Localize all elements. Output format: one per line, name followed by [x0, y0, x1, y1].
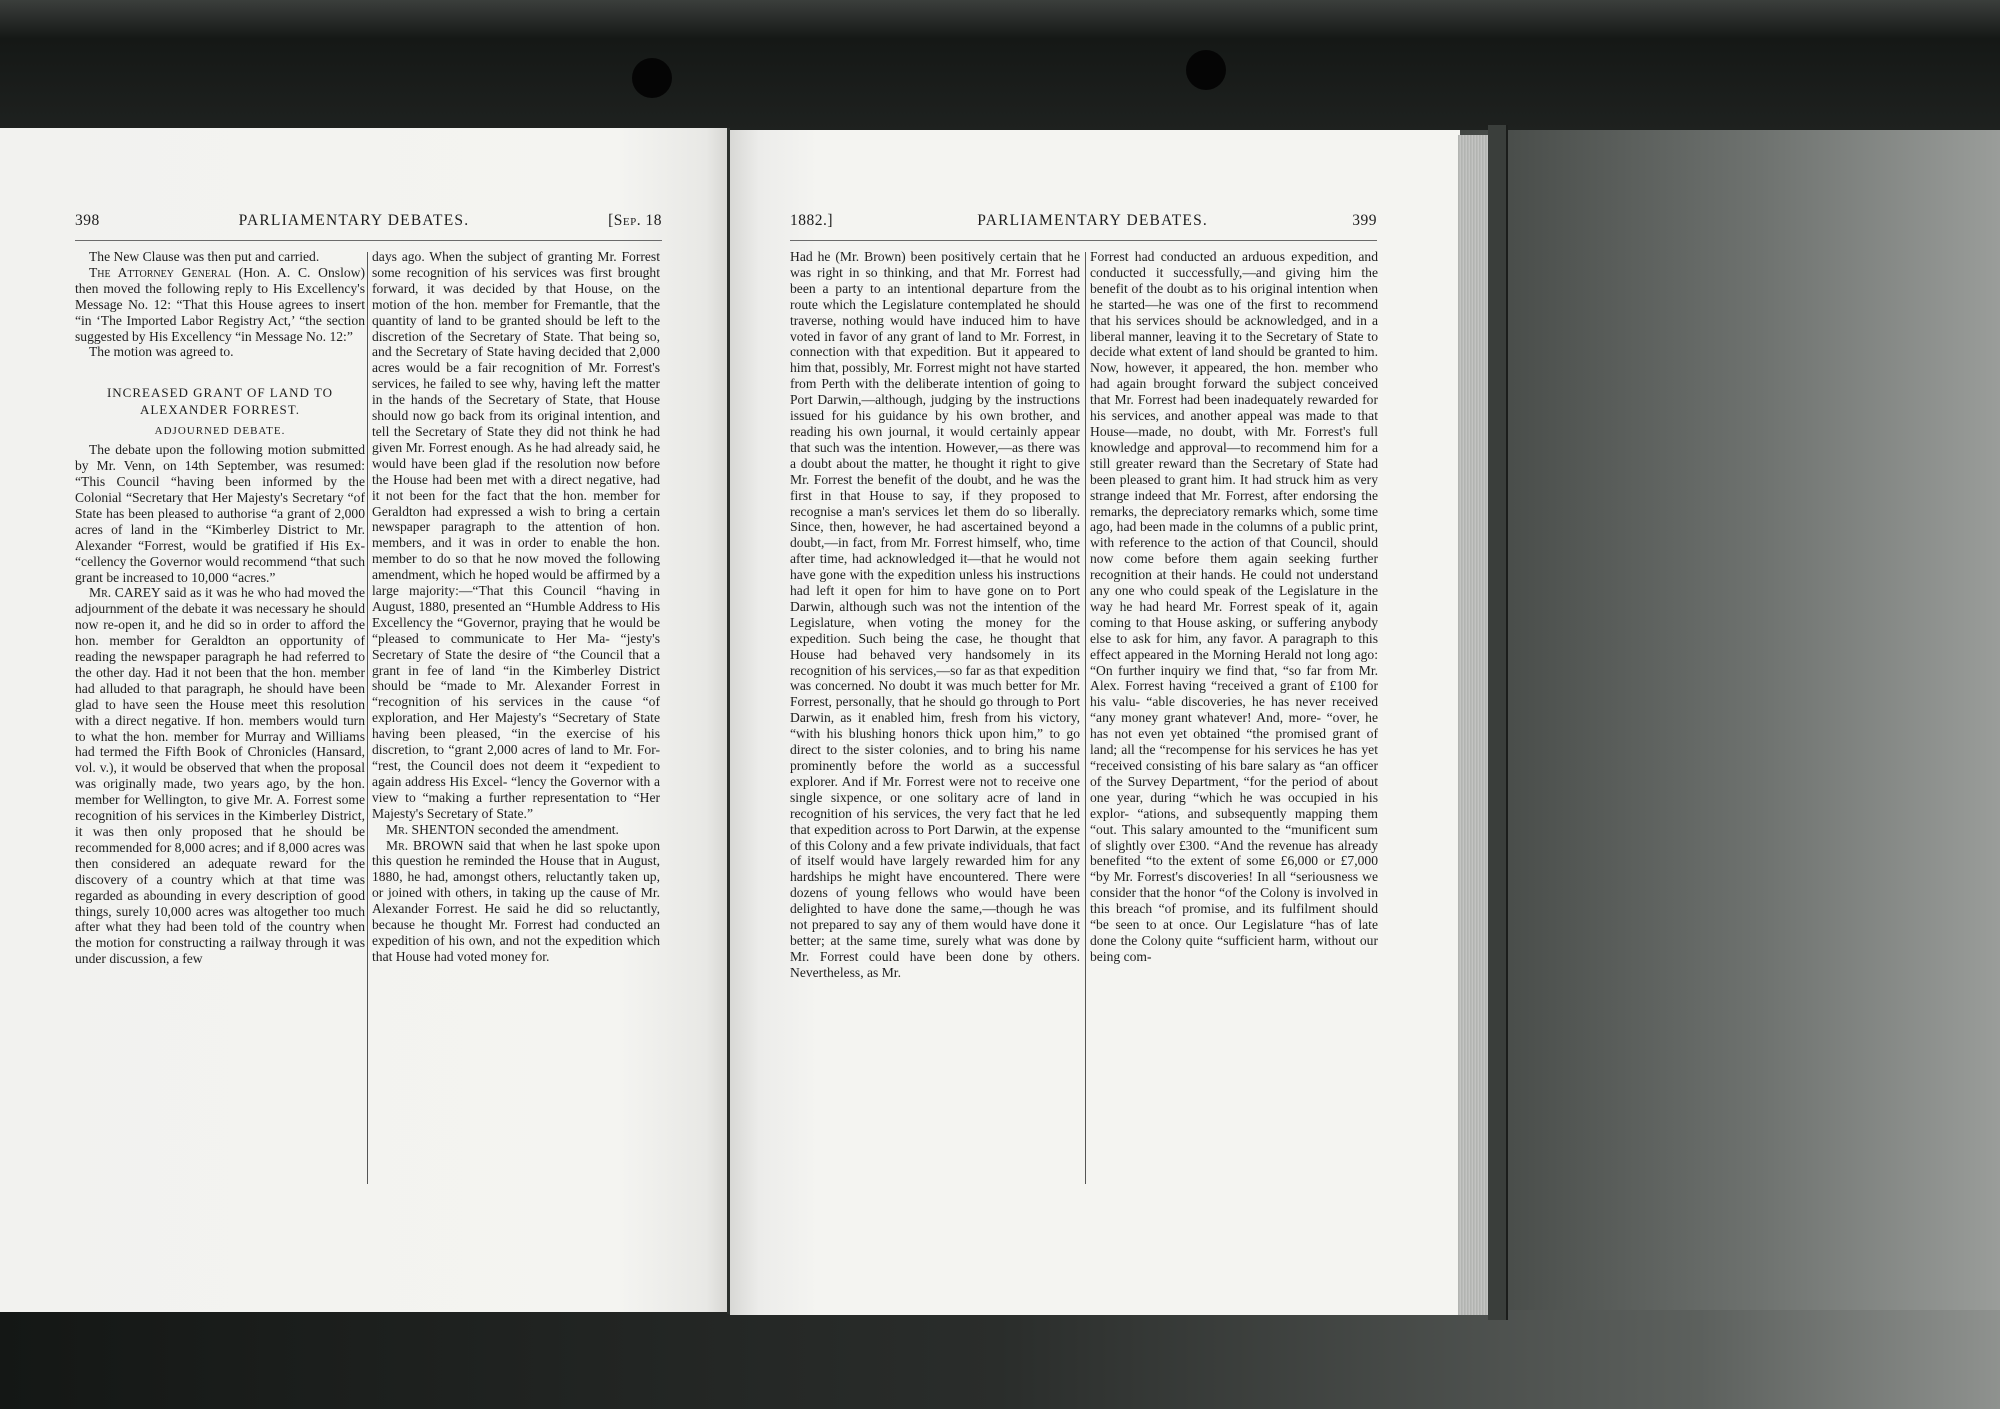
paragraph: The New Clause was then put and carried. [75, 249, 365, 265]
paragraph-text: INCREASED GRANT OF LAND TO ALEXANDER FOR… [107, 385, 333, 417]
column-divider [367, 252, 368, 1184]
speaker-name: Mr. BROWN [386, 838, 464, 853]
header-rule [790, 240, 1377, 241]
book-cover-edge [1488, 125, 1508, 1320]
date-tag: [Sep. 18 [608, 212, 662, 230]
paragraph-text: The debate upon the following motion sub… [75, 442, 365, 584]
scan-background-top [0, 0, 2000, 130]
right-page-column-1: Had he (Mr. Brown) been positively certa… [790, 249, 1080, 981]
binder-punch-hole [1186, 50, 1226, 90]
paragraph-text: The New Clause was then put and carried. [89, 249, 319, 264]
paragraph: days ago. When the subject of granting M… [372, 249, 660, 822]
column-divider [1085, 252, 1086, 1184]
paragraph: Had he (Mr. Brown) been positively certa… [790, 249, 1080, 981]
page-number: 398 [75, 212, 100, 230]
left-running-head: 398 PARLIAMENTARY DEBATES. [Sep. 18 [75, 212, 662, 232]
paragraph: Forrest had conducted an arduous expedit… [1090, 249, 1378, 965]
paragraph-text: Forrest had conducted an arduous expedit… [1090, 249, 1378, 964]
page-edge-stack [1458, 135, 1492, 1315]
paragraph: The motion was agreed to. [75, 344, 365, 360]
left-page-column-1: The New Clause was then put and carried.… [75, 249, 365, 967]
paragraph: Mr. BROWN said that when he last spoke u… [372, 838, 660, 965]
paragraph-text: Had he (Mr. Brown) been positively certa… [790, 249, 1080, 980]
date-tag: 1882.] [790, 212, 833, 230]
section-subheading: ADJOURNED DEBATE. [75, 424, 365, 440]
paragraph-text: said that when he last spoke upon this q… [372, 838, 660, 964]
scan-background-bottom [0, 1310, 2000, 1409]
running-title: PARLIAMENTARY DEBATES. [977, 212, 1208, 230]
paragraph-text: ADJOURNED DEBATE. [155, 425, 286, 437]
binder-punch-hole [632, 58, 672, 98]
paragraph: Mr. CAREY said as it was he who had move… [75, 585, 365, 967]
right-running-head: 1882.] PARLIAMENTARY DEBATES. 399 [790, 212, 1377, 232]
right-page-column-2: Forrest had conducted an arduous expedit… [1090, 249, 1378, 965]
paragraph-text: days ago. When the subject of granting M… [372, 249, 660, 821]
section-heading: INCREASED GRANT OF LAND TO ALEXANDER FOR… [75, 384, 365, 418]
paragraph-text: The motion was agreed to. [89, 344, 234, 359]
header-rule [75, 240, 662, 241]
running-title: PARLIAMENTARY DEBATES. [239, 212, 470, 230]
speaker-name: Mr. CAREY [89, 585, 161, 600]
page-number: 399 [1352, 212, 1377, 230]
speaker-name: Mr. SHENTON [386, 822, 475, 837]
speaker-name: The Attorney General [89, 265, 231, 280]
paragraph: Mr. SHENTON seconded the amendment. [372, 822, 660, 838]
paragraph-text: seconded the amendment. [475, 822, 619, 837]
paragraph: The debate upon the following motion sub… [75, 442, 365, 585]
paragraph-text: said as it was he who had moved the adjo… [75, 585, 365, 966]
paragraph: The Attorney General (Hon. A. C. Onslow)… [75, 265, 365, 345]
left-page-column-2: days ago. When the subject of granting M… [372, 249, 660, 965]
